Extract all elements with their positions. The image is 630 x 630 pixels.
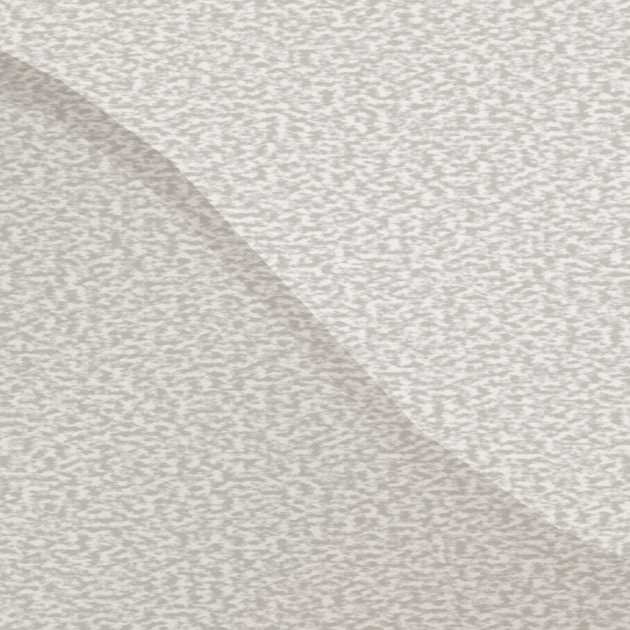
fabric-texture [0, 0, 630, 630]
fabric-photo [0, 0, 630, 630]
